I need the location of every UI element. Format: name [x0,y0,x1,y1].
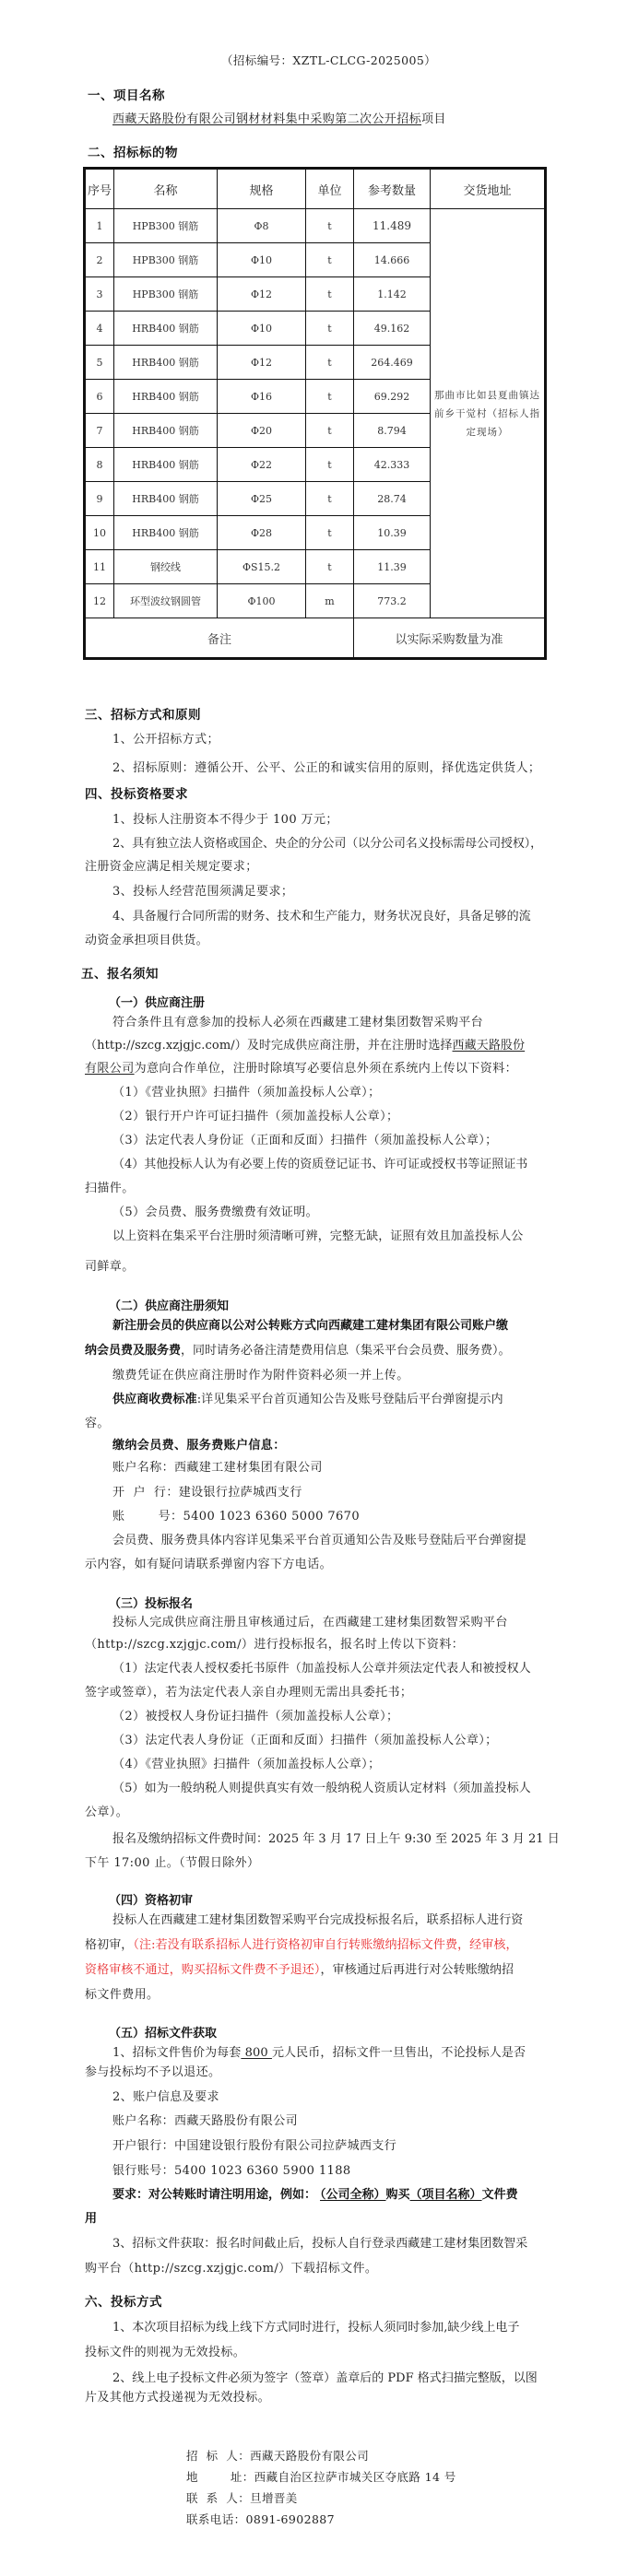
cell-name: HRB400 钢筋 [114,312,218,346]
subsection-supplier-registration: （一）供应商注册 [109,993,205,1010]
paragraph-line: 会员费、服务费具体内容详见集采平台首页通知公告及账号登陆后平台弹窗提 [112,1534,526,1548]
cell-index: 9 [86,482,114,516]
qual-item-1: 1、投标人注册资本不得少于 100 万元； [112,813,338,828]
paragraph-line: 3、招标文件获取：报名时间截止后，投标人自行登录西藏建工建材集团数智采 [112,2237,527,2252]
cell-index: 10 [86,516,114,550]
method-item-2: 2、招标原则：遵循公开、公平、公正的和诚实信用的原则，择优选定供货人； [112,761,540,776]
paragraph-line: （http://szcg.xzjgjc.com/）进行投标报名，报名时上传以下资… [85,1638,464,1653]
cell-unit: t [306,243,354,277]
remark-value: 以实际采购数量为准 [354,618,545,658]
account-info-title: 2、账户信息及要求 [112,2090,219,2105]
reg-note-cont: 司鲜章。 [85,1260,135,1275]
cell-unit: t [306,209,354,243]
signature-contact: 联 系 人：旦增晋美 [186,2491,298,2506]
cell-spec: Φ22 [218,448,306,482]
doc-account-name: 账户名称：西藏天路股份有限公司 [112,2114,298,2129]
signature-phone: 联系电话：0891-6902887 [186,2512,335,2527]
cell-index: 2 [86,243,114,277]
cell-name: HPB300 钢筋 [114,277,218,312]
cell-index: 7 [86,414,114,448]
paragraph-line: （http://szcg.xzjgjc.com/）及时完成供应商注册，并在注册时… [85,1039,525,1053]
cell-index: 3 [86,277,114,312]
cell-qty: 28.74 [354,482,431,516]
bid-method-1-cont: 投标文件的则视为无效投标。 [85,2346,245,2360]
col-header-index: 序号 [86,170,114,209]
qual-item-4: 4、具备履行合同所需的财务、技术和生产能力，财务状况良好，具备足够的流 [112,910,531,924]
reg-doc-5: （5）会员费、服务费缴费有效证明。 [112,1206,318,1220]
subsection-registration-notice: （二）供应商注册须知 [109,1296,229,1313]
qual-item-4-cont: 动资金承担项目供货。 [85,934,208,948]
cell-unit: t [306,414,354,448]
cell-index: 12 [86,584,114,618]
delivery-address: 那曲市比如县夏曲镇达前乡干觉村（招标人指定现场） [431,209,545,618]
cell-spec: Φ25 [218,482,306,516]
cell-qty: 11.489 [354,209,431,243]
paragraph-line: 投标人完成供应商注册且审核通过后，在西藏建工建材集团数智采购平台 [112,1616,508,1630]
cell-unit: t [306,482,354,516]
cell-spec: Φ10 [218,312,306,346]
cell-qty: 10.39 [354,516,431,550]
registration-time-cont: 下午 17:00 止。（节假日除外） [85,1856,259,1871]
cell-name: HRB400 钢筋 [114,414,218,448]
fee-account-name: 账户名称：西藏建工建材集团有限公司 [112,1461,323,1476]
bid-doc-1: （1）法定代表人授权委托书原件（加盖投标人公章并须法定代表人和被授权人 [112,1662,531,1676]
bid-number: （招标编号：XZTL-CLCG-2025005） [221,53,436,68]
doc-price-line: 1、招标文件售价为每套 800 元人民币，招标文件一旦售出，不论投标人是否 [112,2046,526,2061]
transfer-requirement: 要求：对公转账时请注明用途，例如：（公司全称）购买（项目名称）文件费 [112,2188,518,2203]
cell-name: 环型波纹钢圆管 [114,584,218,618]
cell-qty: 264.469 [354,346,431,380]
col-header-name: 名称 [114,170,218,209]
cell-index: 4 [86,312,114,346]
cell-spec: Φ8 [218,209,306,243]
cell-unit: t [306,346,354,380]
col-header-unit: 单位 [306,170,354,209]
reg-doc-4: （4）其他投标人认为有必要上传的资质登记证书、许可证或授权书等证照证书 [112,1158,527,1172]
doc-price: 800 [241,2046,272,2060]
cell-index: 5 [86,346,114,380]
section-2-title: 二、招标标的物 [88,142,178,160]
cell-index: 6 [86,380,114,414]
signature-address: 地 址：西藏自治区拉萨市城关区夺底路 14 号 [186,2470,456,2485]
col-header-address: 交货地址 [431,170,545,209]
project-name-link: 西藏天路股份有限公司钢材材料集中采购第二次公开招标 [112,112,421,126]
cell-spec: Φ16 [218,380,306,414]
cell-spec: Φ12 [218,277,306,312]
cell-qty: 1.142 [354,277,431,312]
reg-doc-4-cont: 扫描件。 [85,1182,135,1196]
method-item-1: 1、公开招标方式； [112,733,219,747]
paragraph-line: 缴费凭证在供应商注册时作为附件资料必须一并上传。 [112,1369,409,1383]
signature-tenderer: 招 标 人：西藏天路股份有限公司 [186,2449,369,2464]
paragraph-line: 有限公司为意向合作单位，注册时除填写必要信息外须在系统内上传以下资料： [85,1062,517,1076]
cell-qty: 773.2 [354,584,431,618]
cell-unit: t [306,516,354,550]
paragraph-line: 符合条件且有意参加的投标人必须在西藏建工建材集团数智采购平台 [112,1016,483,1030]
paragraph-line: 用 [85,2212,97,2227]
cell-name: HRB400 钢筋 [114,482,218,516]
qual-item-2: 2、具有独立法人资格或国企、央企的分公司（以分公司名义投标需母公司授权）， [112,837,542,852]
paragraph-line: 示内容，如有疑问请联系弹窗内容下方电话。 [85,1558,332,1572]
subsection-prequalification: （四）资格初审 [109,1890,193,1908]
cell-unit: t [306,277,354,312]
cell-qty: 8.794 [354,414,431,448]
cell-unit: t [306,380,354,414]
cell-qty: 14.666 [354,243,431,277]
section-4-title: 四、投标资格要求 [85,783,188,802]
cell-unit: m [306,584,354,618]
cell-spec: Φ10 [218,243,306,277]
paragraph-line: 纳会员费及服务费，同时请务必备注清楚费用信息（集采平台会员费、服务费）。 [85,1344,511,1359]
cell-qty: 49.162 [354,312,431,346]
cell-qty: 69.292 [354,380,431,414]
bid-doc-2: （2）被授权人身份证扫描件（须加盖投标人公章）； [112,1710,398,1724]
subsection-bid-registration: （三）投标报名 [109,1594,193,1611]
cell-spec: Φ28 [218,516,306,550]
paragraph-line: 新注册会员的供应商以公对公转账方式向西藏建工建材集团有限公司账户缴 [112,1319,508,1334]
bid-method-2: 2、线上电子投标文件必须为签字（签章）盖章后的 PDF 格式扫描完整版，以图 [112,2371,538,2386]
reg-doc-1: （1）《营业执照》扫描件（须加盖投标人公章）； [112,1086,380,1100]
table-row: 1HPB300 钢筋Φ8t11.489 那曲市比如县夏曲镇达前乡干觉村（招标人指… [86,209,545,243]
bid-doc-3: （3）法定代表人身份证（正面和反面）扫描件（须加盖投标人公章）； [112,1734,498,1748]
bid-method-1: 1、本次项目招标为线上线下方式同时进行，投标人须同时参加,缺少线上电子 [112,2321,519,2335]
cell-unit: t [306,550,354,584]
paragraph-line: 投标人在西藏建工建材集团数智采购平台完成投标报名后，联系招标人进行资 [112,1913,523,1928]
remark-label: 备注 [86,618,354,658]
cell-name: 钢绞线 [114,550,218,584]
fee-account-bank: 开 户 行：建设银行拉萨城西支行 [112,1486,302,1500]
bid-doc-1-cont: 签字或签章），若为法定代表人亲自办理则无需出具委托书； [85,1686,412,1700]
project-name: 西藏天路股份有限公司钢材材料集中采购第二次公开招标项目 [112,112,446,127]
paragraph-line: 标文件费用。 [85,1988,159,2003]
cell-name: HRB400 钢筋 [114,346,218,380]
fee-account-number: 账 号：5400 1023 6360 5000 7670 [112,1510,360,1524]
prequal-warning-cont: 资格审核不通过，购买招标文件费不予退还） [85,1963,321,1977]
prequal-warning: （注:若没有联系招标人进行资格初审自行转账缴纳招标文件费，经审核， [133,1938,517,1952]
reg-doc-2: （2）银行开户许可证扫描件（须加盖投标人公章）； [112,1110,398,1124]
reg-doc-3: （3）法定代表人身份证（正面和反面）扫描件（须加盖投标人公章）； [112,1134,498,1148]
doc-account-number: 银行账号：5400 1023 6360 5900 1188 [112,2164,351,2179]
paragraph-line: 供应商收费标准:详见集采平台首页通知公告及账号登陆后平台弹窗提示内 [112,1393,503,1407]
doc-account-bank: 开户银行：中国建设银行股份有限公司拉萨城西支行 [112,2139,396,2154]
qual-item-2-cont: 注册资金应满足相关规定要求； [85,860,258,875]
section-1-title: 一、项目名称 [88,85,165,103]
bid-doc-4: （4）《营业执照》扫描件（须加盖投标人公章）； [112,1758,380,1772]
cell-spec: Φ20 [218,414,306,448]
bid-doc-5: （5）如为一般纳税人则提供真实有效一般纳税人资质认定材料（须加盖投标人 [112,1782,531,1796]
paragraph-line: 参与投标均不予以退还。 [85,2065,220,2080]
table-header-row: 序号 名称 规格 单位 参考数量 交货地址 [86,170,545,209]
paragraph-line: 容。 [85,1417,110,1431]
cell-name: HPB300 钢筋 [114,243,218,277]
section-5-title: 五、报名须知 [81,963,159,982]
registration-time: 报名及缴纳招标文件费时间：2025 年 3 月 17 日上午 9:30 至 20… [112,1832,560,1847]
bid-doc-5-cont: 公章）。 [85,1806,128,1820]
cell-spec: Φ12 [218,346,306,380]
section-6-title: 六、投标方式 [85,2291,162,2310]
col-header-spec: 规格 [218,170,306,209]
cell-name: HRB400 钢筋 [114,516,218,550]
subsection-document-acquisition: （五）招标文件获取 [109,2023,217,2041]
paragraph-line: 购平台（http://szcg.xzjgjc.com/）下载招标文件。 [85,2262,377,2276]
table-remark-row: 备注 以实际采购数量为准 [86,618,545,658]
paragraph-line: 资格审核不通过，购买招标文件费不予退还），审核通过后再进行对公转账缴纳招 [85,1963,514,1978]
section-3-title: 三、招标方式和原则 [85,704,201,723]
reg-note: 以上资料在集采平台注册时须清晰可辨，完整无缺，证照有效且加盖投标人公 [112,1229,523,1244]
cell-index: 11 [86,550,114,584]
cell-name: HRB400 钢筋 [114,448,218,482]
bid-method-2-cont: 片及其他方式投递视为无效投标。 [85,2391,270,2405]
cell-spec: ΦS15.2 [218,550,306,584]
cell-index: 1 [86,209,114,243]
cell-qty: 11.39 [354,550,431,584]
col-header-qty: 参考数量 [354,170,431,209]
cell-index: 8 [86,448,114,482]
cell-qty: 42.333 [354,448,431,482]
paragraph-line: 格初审，（注:若没有联系招标人进行资格初审自行转账缴纳招标文件费，经审核， [85,1938,518,1953]
cell-unit: t [306,312,354,346]
cell-name: HRB400 钢筋 [114,380,218,414]
cell-unit: t [306,448,354,482]
qual-item-3: 3、投标人经营范围须满足要求； [112,885,293,900]
items-table: 序号 名称 规格 单位 参考数量 交货地址 1HPB300 钢筋Φ8t11.48… [83,167,547,660]
cell-name: HPB300 钢筋 [114,209,218,243]
fee-account-title: 缴纳会员费、服务费账户信息： [112,1439,286,1453]
cell-spec: Φ100 [218,584,306,618]
